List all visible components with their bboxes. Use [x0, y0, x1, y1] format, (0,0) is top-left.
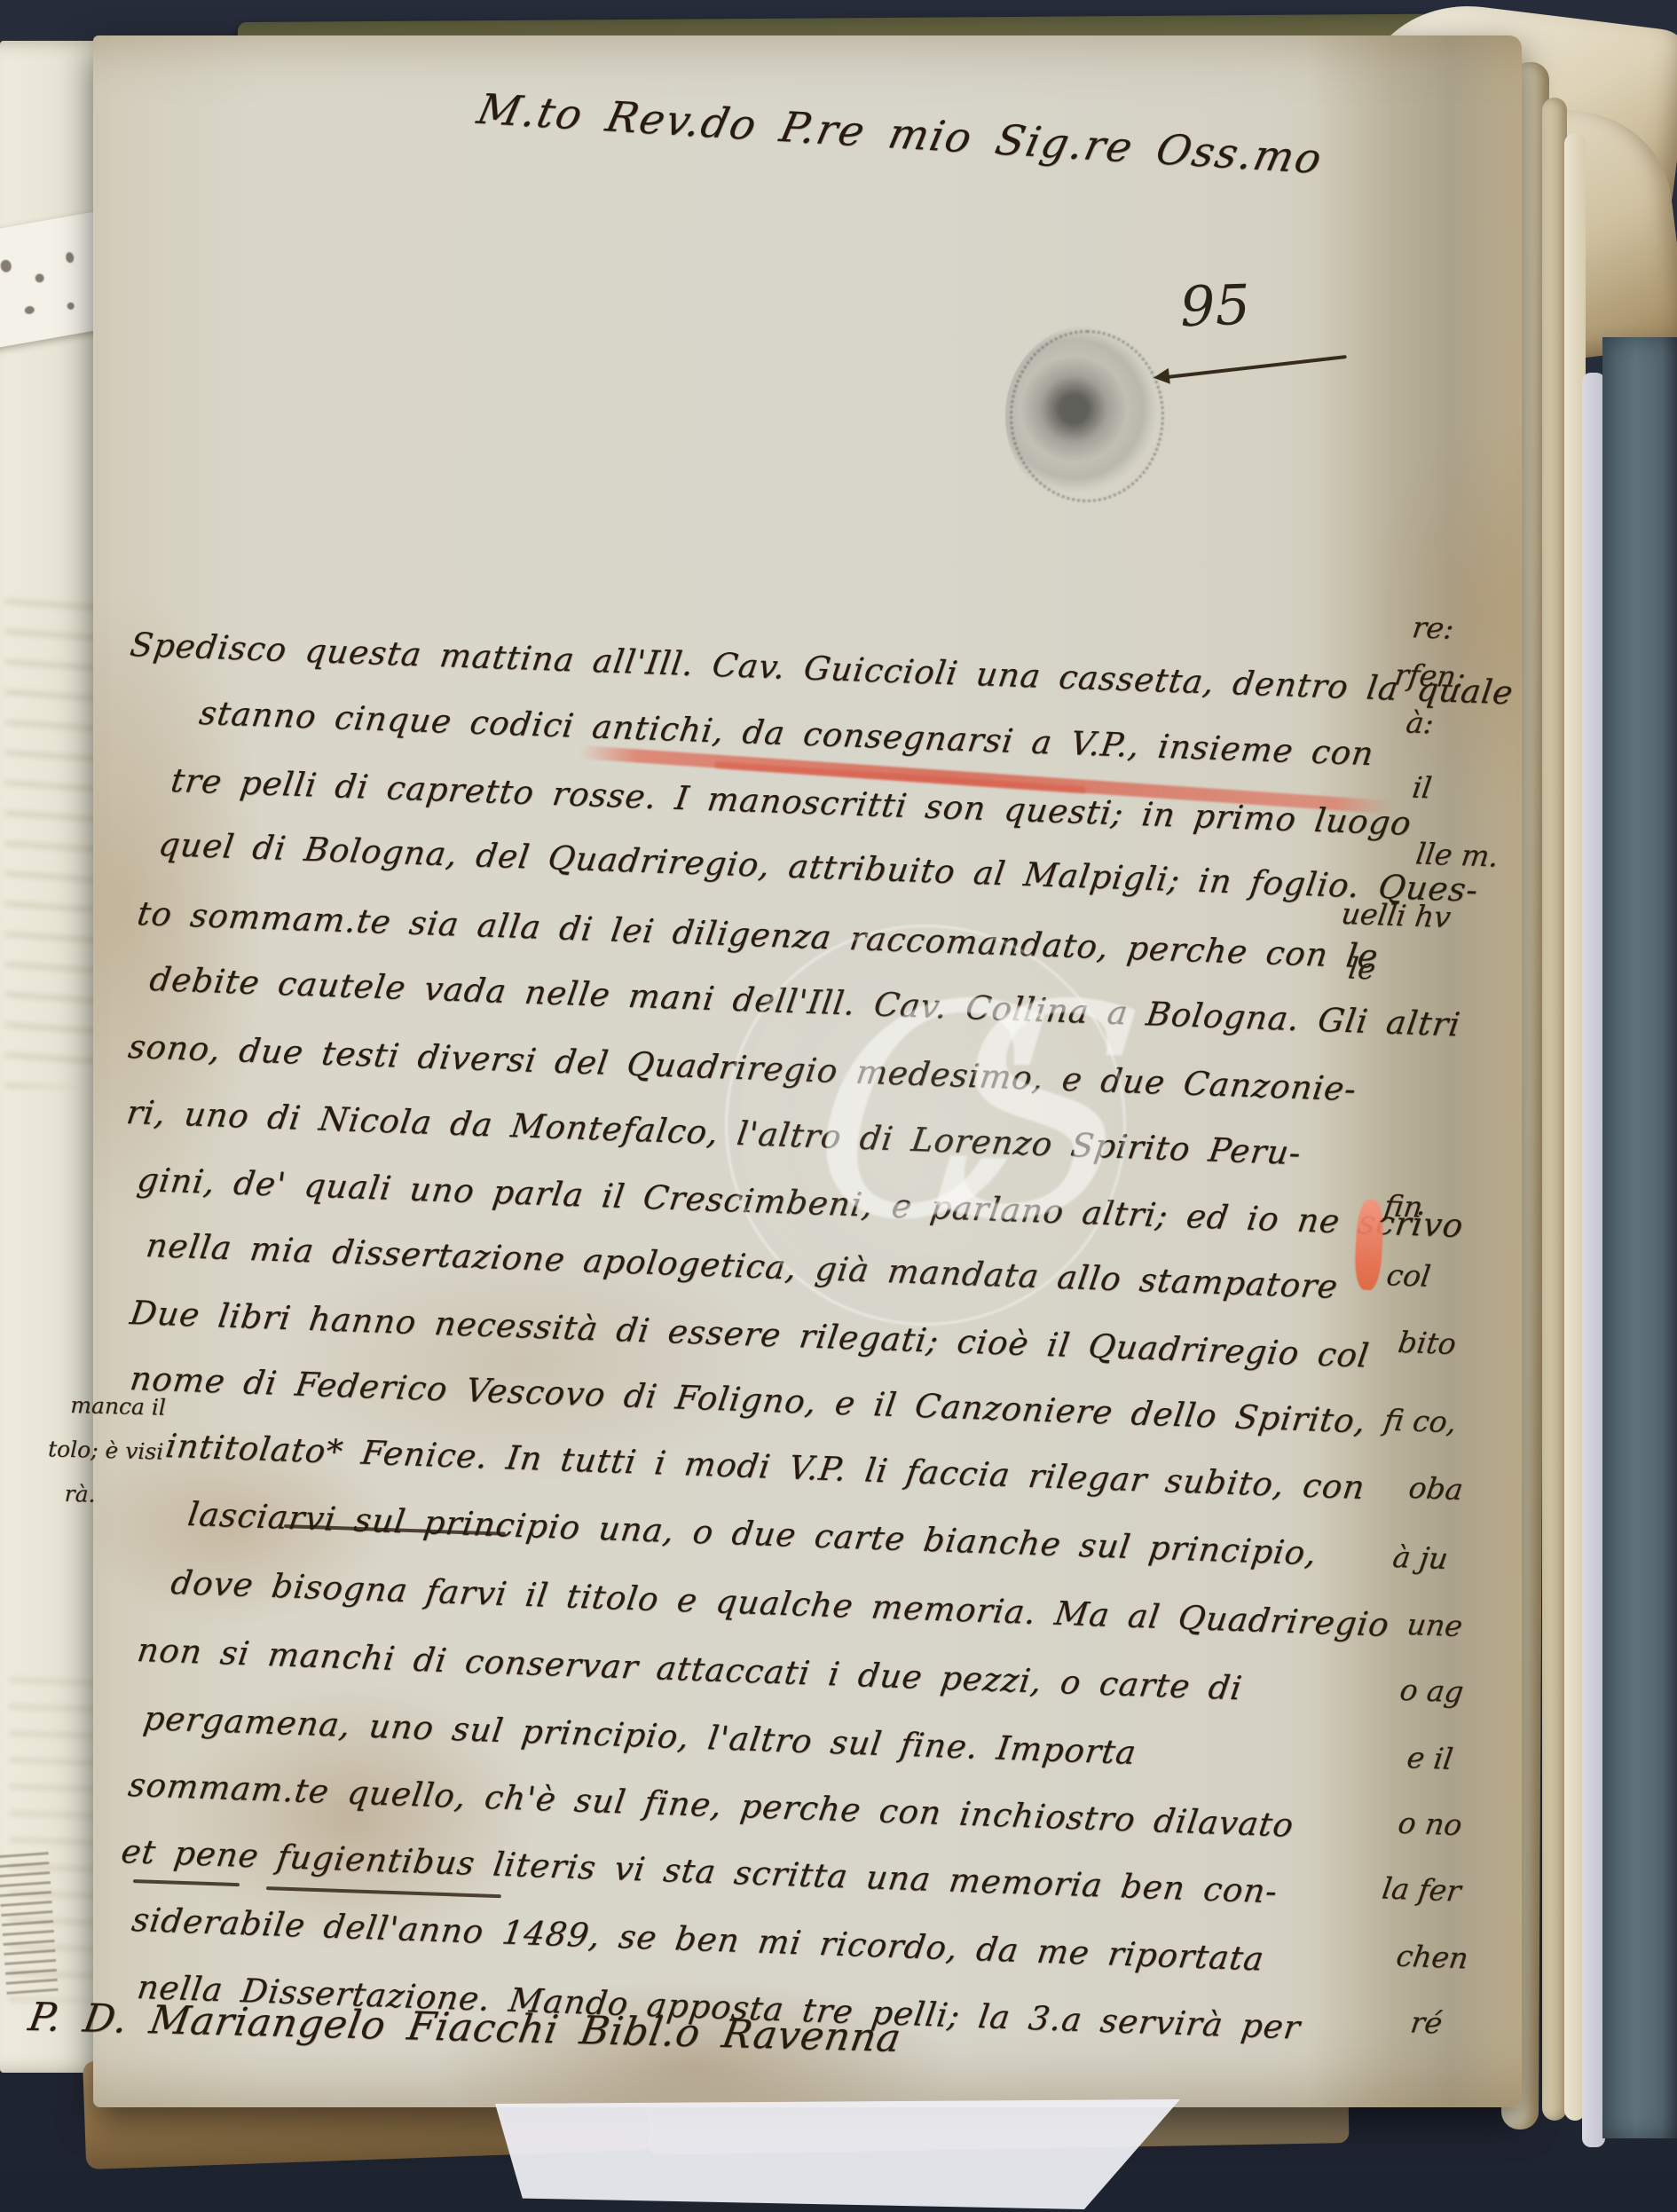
edge-text-fragment: e il — [1405, 1740, 1455, 1776]
body-line: lasciarvi sul principio una, o due carte… — [185, 1495, 1319, 1572]
edge-text-fragment: une — [1405, 1607, 1464, 1643]
edge-text-fragment: fin — [1382, 1188, 1425, 1224]
margin-note: manca il tolo; è visi rà. — [44, 1382, 166, 1518]
body-line: debite cautele vada nelle mani dell'Ill.… — [147, 960, 1463, 1043]
salutation-line: M.to Rev.do P.re mio Sig.re Oss.mo — [473, 85, 1327, 184]
margin-scribbles — [0, 1849, 59, 1995]
body-line: non si manchi di conservar attaccati i d… — [135, 1631, 1245, 1707]
edge-text-fragment: re: — [1410, 610, 1456, 645]
edge-text-fragment: ré — [1408, 2004, 1445, 2040]
tissue-paper — [495, 2099, 1180, 2209]
cover-board — [1602, 337, 1677, 2138]
body-line: to sommam.te sia alla di lei diligenza r… — [135, 894, 1381, 976]
manuscript-photo: M.to Rev.do P.re mio Sig.re Oss.mo 95 Sp… — [0, 0, 1677, 2212]
edge-text-fragment: le — [1346, 951, 1378, 987]
ink-underline — [133, 1879, 240, 1886]
edge-text-fragment: uelli hv — [1339, 896, 1453, 934]
edge-text-fragment: bito — [1396, 1325, 1458, 1361]
folio-number: 95 — [1179, 272, 1251, 340]
edge-text-fragment: oba — [1406, 1470, 1465, 1507]
letter-page: M.to Rev.do P.re mio Sig.re Oss.mo 95 Sp… — [93, 35, 1522, 2107]
edge-text-fragment: rfen: — [1392, 657, 1468, 695]
edge-text-fragment: o no — [1396, 1806, 1464, 1842]
folio-underline-arrow — [1160, 355, 1347, 380]
page-stack-edge — [1542, 98, 1567, 2121]
edge-text-fragment: chen — [1394, 1939, 1470, 1976]
library-ink-stamp — [1005, 326, 1169, 507]
edge-text-fragment: fi co, — [1382, 1403, 1459, 1440]
edge-text-fragment: à ju — [1390, 1539, 1450, 1576]
body-line: et pene fugientibus literis vi sta scrit… — [119, 1832, 1280, 1910]
body-line: ri, uno di Nicola da Montefalco, l'altro… — [124, 1093, 1303, 1172]
body-line: intitolato* Fenice. In tutti i modi V.P.… — [163, 1427, 1367, 1507]
body-line: pergamena, uno sul principio, l'altro su… — [141, 1699, 1139, 1772]
body-line: sono, due testi diversi del Quadriregio … — [126, 1027, 1359, 1108]
edge-text-fragment: à: — [1404, 705, 1436, 741]
edge-text-fragment: lle m. — [1413, 836, 1500, 873]
body-line: siderabile dell'anno 1489, se ben mi ric… — [130, 1901, 1267, 1978]
edge-text-fragment: la fer — [1380, 1871, 1463, 1909]
ink-underline — [266, 1886, 501, 1898]
body-line: dove bisogna farvi il titolo e qualche m… — [169, 1563, 1392, 1644]
body-line: sommam.te quello, ch'è sul fine, perche … — [126, 1766, 1296, 1845]
edge-text-fragment: o ag — [1397, 1673, 1466, 1709]
body-line: nella mia dissertazione apologetica, già… — [144, 1226, 1341, 1306]
body-line: nome di Federico Vescovo di Foligno, e i… — [128, 1359, 1369, 1440]
edge-text-fragment: col — [1384, 1257, 1432, 1294]
body-line: Due libri hanno necessità di essere rile… — [128, 1294, 1372, 1375]
